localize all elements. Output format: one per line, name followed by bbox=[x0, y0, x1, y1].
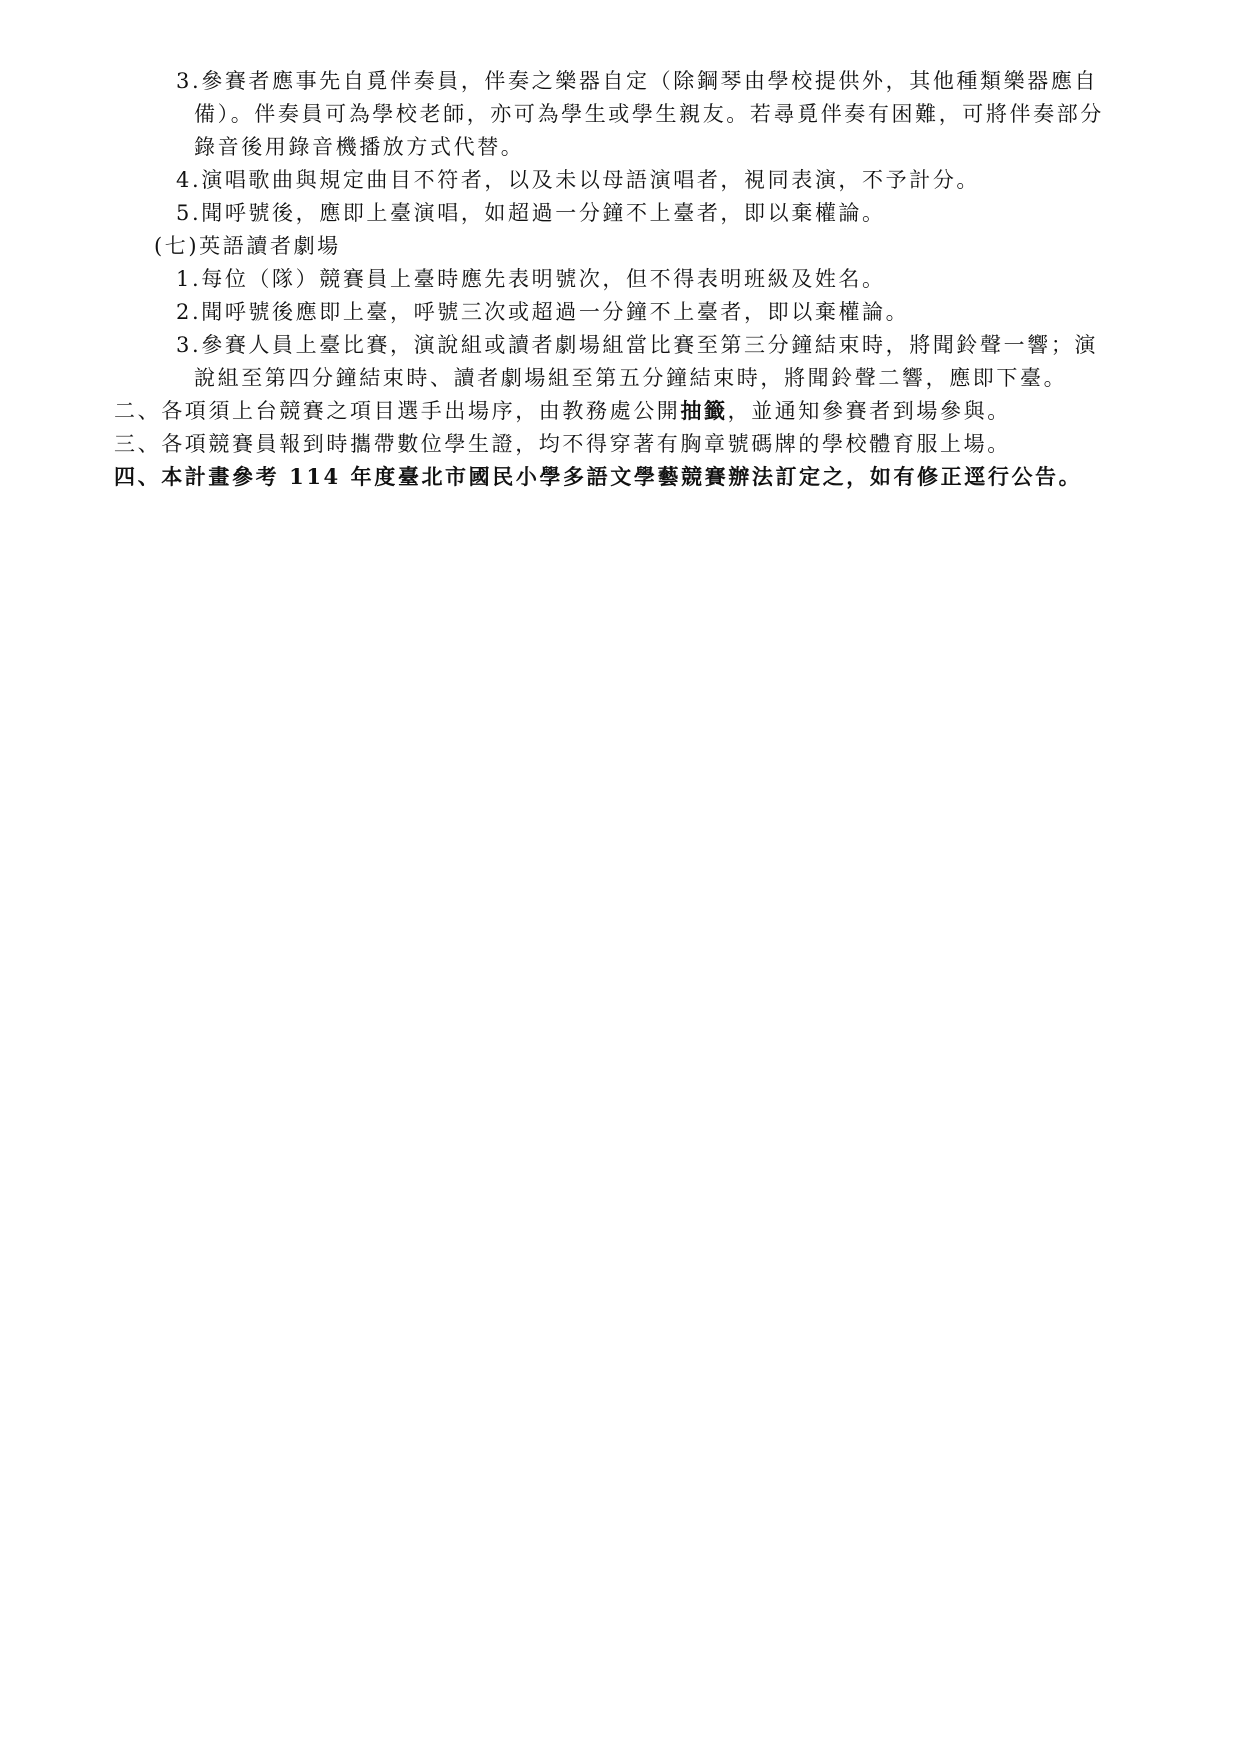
item-5: 5.聞呼號後，應即上臺演唱，如超過一分鐘不上臺者，即以棄權論。 bbox=[176, 198, 886, 228]
section-7-item-2: 2.聞呼號後應即上臺，呼號三次或超過一分鐘不上臺者，即以棄權論。 bbox=[176, 297, 909, 327]
article-2-emphasis-draw-lots: 抽籤 bbox=[680, 398, 727, 423]
section-7-heading: (七)英語讀者劇場 bbox=[154, 231, 341, 261]
section-7-item-3-line-2: 說組至第四分鐘結束時、讀者劇場組至第五分鐘結束時，將聞鈴聲二響，應即下臺。 bbox=[194, 363, 1067, 393]
article-2-text-a: 二、各項須上台競賽之項目選手出場序，由教務處公開 bbox=[114, 399, 680, 423]
item-3-line-2: 備）。伴奏員可為學校老師，亦可為學生或學生親友。若尋覓伴奏有困難，可將伴奏部分 bbox=[194, 99, 1104, 129]
article-3: 三、各項競賽員報到時攜帶數位學生證，均不得穿著有胸章號碼牌的學校體育服上場。 bbox=[114, 429, 1011, 459]
section-7-item-3-line-1: 3.參賽人員上臺比賽，演說組或讀者劇場組當比賽至第三分鐘結束時，將聞鈴聲一響；演 bbox=[176, 330, 1098, 360]
article-2: 二、各項須上台競賽之項目選手出場序，由教務處公開抽籤，並通知參賽者到場參與。 bbox=[114, 396, 1011, 426]
section-7-item-1: 1.每位（隊）競賽員上臺時應先表明號次，但不得表明班級及姓名。 bbox=[176, 264, 886, 294]
item-3-line-1: 3.參賽者應事先自覓伴奏員，伴奏之樂器自定（除鋼琴由學校提供外，其他種類樂器應自 bbox=[176, 66, 1098, 96]
document-page: 3.參賽者應事先自覓伴奏員，伴奏之樂器自定（除鋼琴由學校提供外，其他種類樂器應自… bbox=[0, 0, 1240, 1754]
item-3-line-3: 錄音後用錄音機播放方式代替。 bbox=[194, 132, 524, 162]
article-2-text-c: ，並通知參賽者到場參與。 bbox=[728, 399, 1011, 423]
article-4: 四、本計畫參考 114 年度臺北市國民小學多語文學藝競賽辦法訂定之，如有修正逕行… bbox=[114, 462, 1082, 492]
item-4: 4.演唱歌曲與規定曲目不符者，以及未以母語演唱者，視同表演，不予計分。 bbox=[176, 165, 980, 195]
